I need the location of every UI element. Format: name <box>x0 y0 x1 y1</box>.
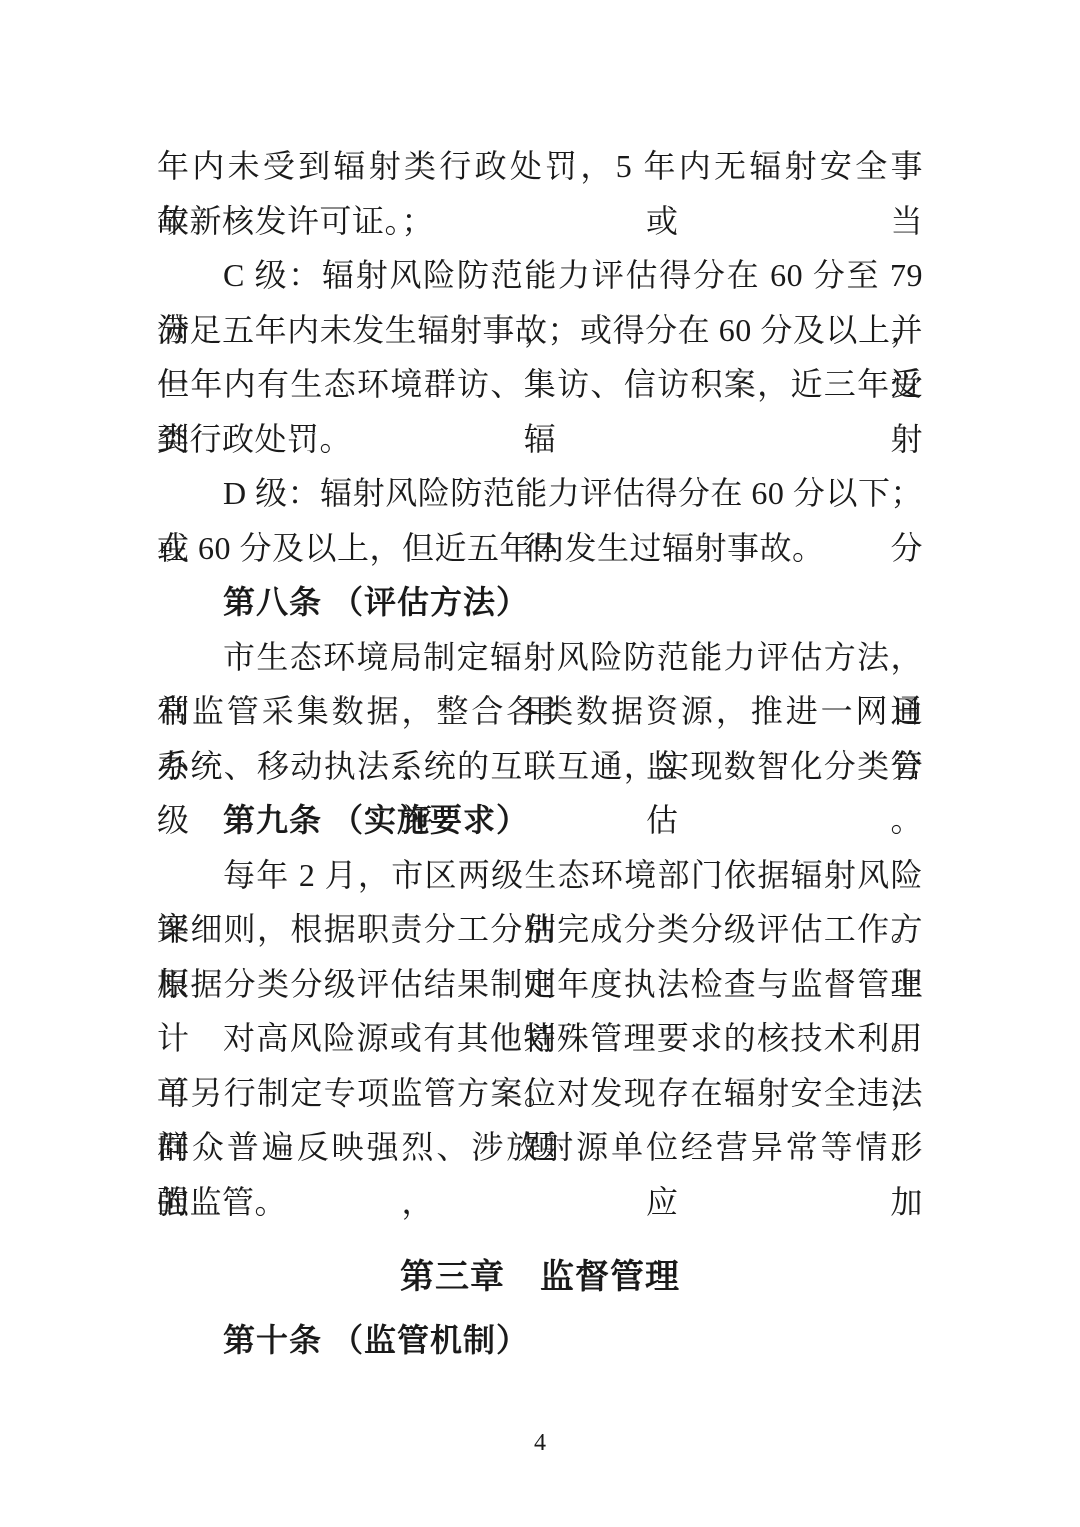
paragraph-line: C 级：辐射风险防范能力评估得分在 60 分至 79 分，并 <box>157 248 923 303</box>
paragraph-line: 年内未受到辐射类行政处罚，5 年内无辐射安全事故；或当 <box>157 139 923 194</box>
paragraph-line: 案细则，根据职责分工分别完成分类分级评估工作。原则上 <box>157 902 923 957</box>
paragraph-line: 常监管采集数据，整合各类数据资源，推进一网通办、监管 <box>157 684 923 739</box>
paragraph-line: 满足五年内未发生辐射事故；或得分在 60 分及以上，但近 <box>157 303 923 358</box>
page-number: 4 <box>0 1428 1080 1458</box>
document-page: 年内未受到辐射类行政处罚，5 年内无辐射安全事故；或当 年新核发许可证。 C 级… <box>0 0 1080 1527</box>
article-heading-ten: 第十条 （监管机制） <box>157 1313 923 1368</box>
paragraph-line: 可另行制定专项监管方案。对发现存在辐射安全违法问题、 <box>157 1066 923 1121</box>
paragraph-line: 一年内有生态环境群访、集访、信访积案，近三年受到辐射 <box>157 357 923 412</box>
paragraph-line: 系统、移动执法系统的互联互通，实现数智化分类分级评估。 <box>157 739 923 794</box>
paragraph-line: 在 60 分及以上，但近五年内发生过辐射事故。 <box>157 521 923 576</box>
paragraph-line: 每年 2 月，市区两级生态环境部门依据辐射风险评估方 <box>157 848 923 903</box>
article-heading-eight: 第八条 （评估方法） <box>157 575 923 630</box>
chapter-heading: 第三章 监督管理 <box>157 1250 923 1305</box>
document-body: 年内未受到辐射类行政处罚，5 年内无辐射安全事故；或当 年新核发许可证。 C 级… <box>157 139 923 1367</box>
paragraph-line: 根据分类分级评估结果制定年度执法检查与监督管理计划。 <box>157 957 923 1012</box>
paragraph-line: 市生态环境局制定辐射风险防范能力评估方法，利用日 <box>157 630 923 685</box>
paragraph-line: 群众普遍反映强烈、涉放射源单位经营异常等情形的，应加 <box>157 1120 923 1175</box>
paragraph-line: D 级：辐射风险防范能力评估得分在 60 分以下；或得分 <box>157 466 923 521</box>
paragraph-line: 对高风险源或有其他特殊管理要求的核技术利用单位， <box>157 1011 923 1066</box>
